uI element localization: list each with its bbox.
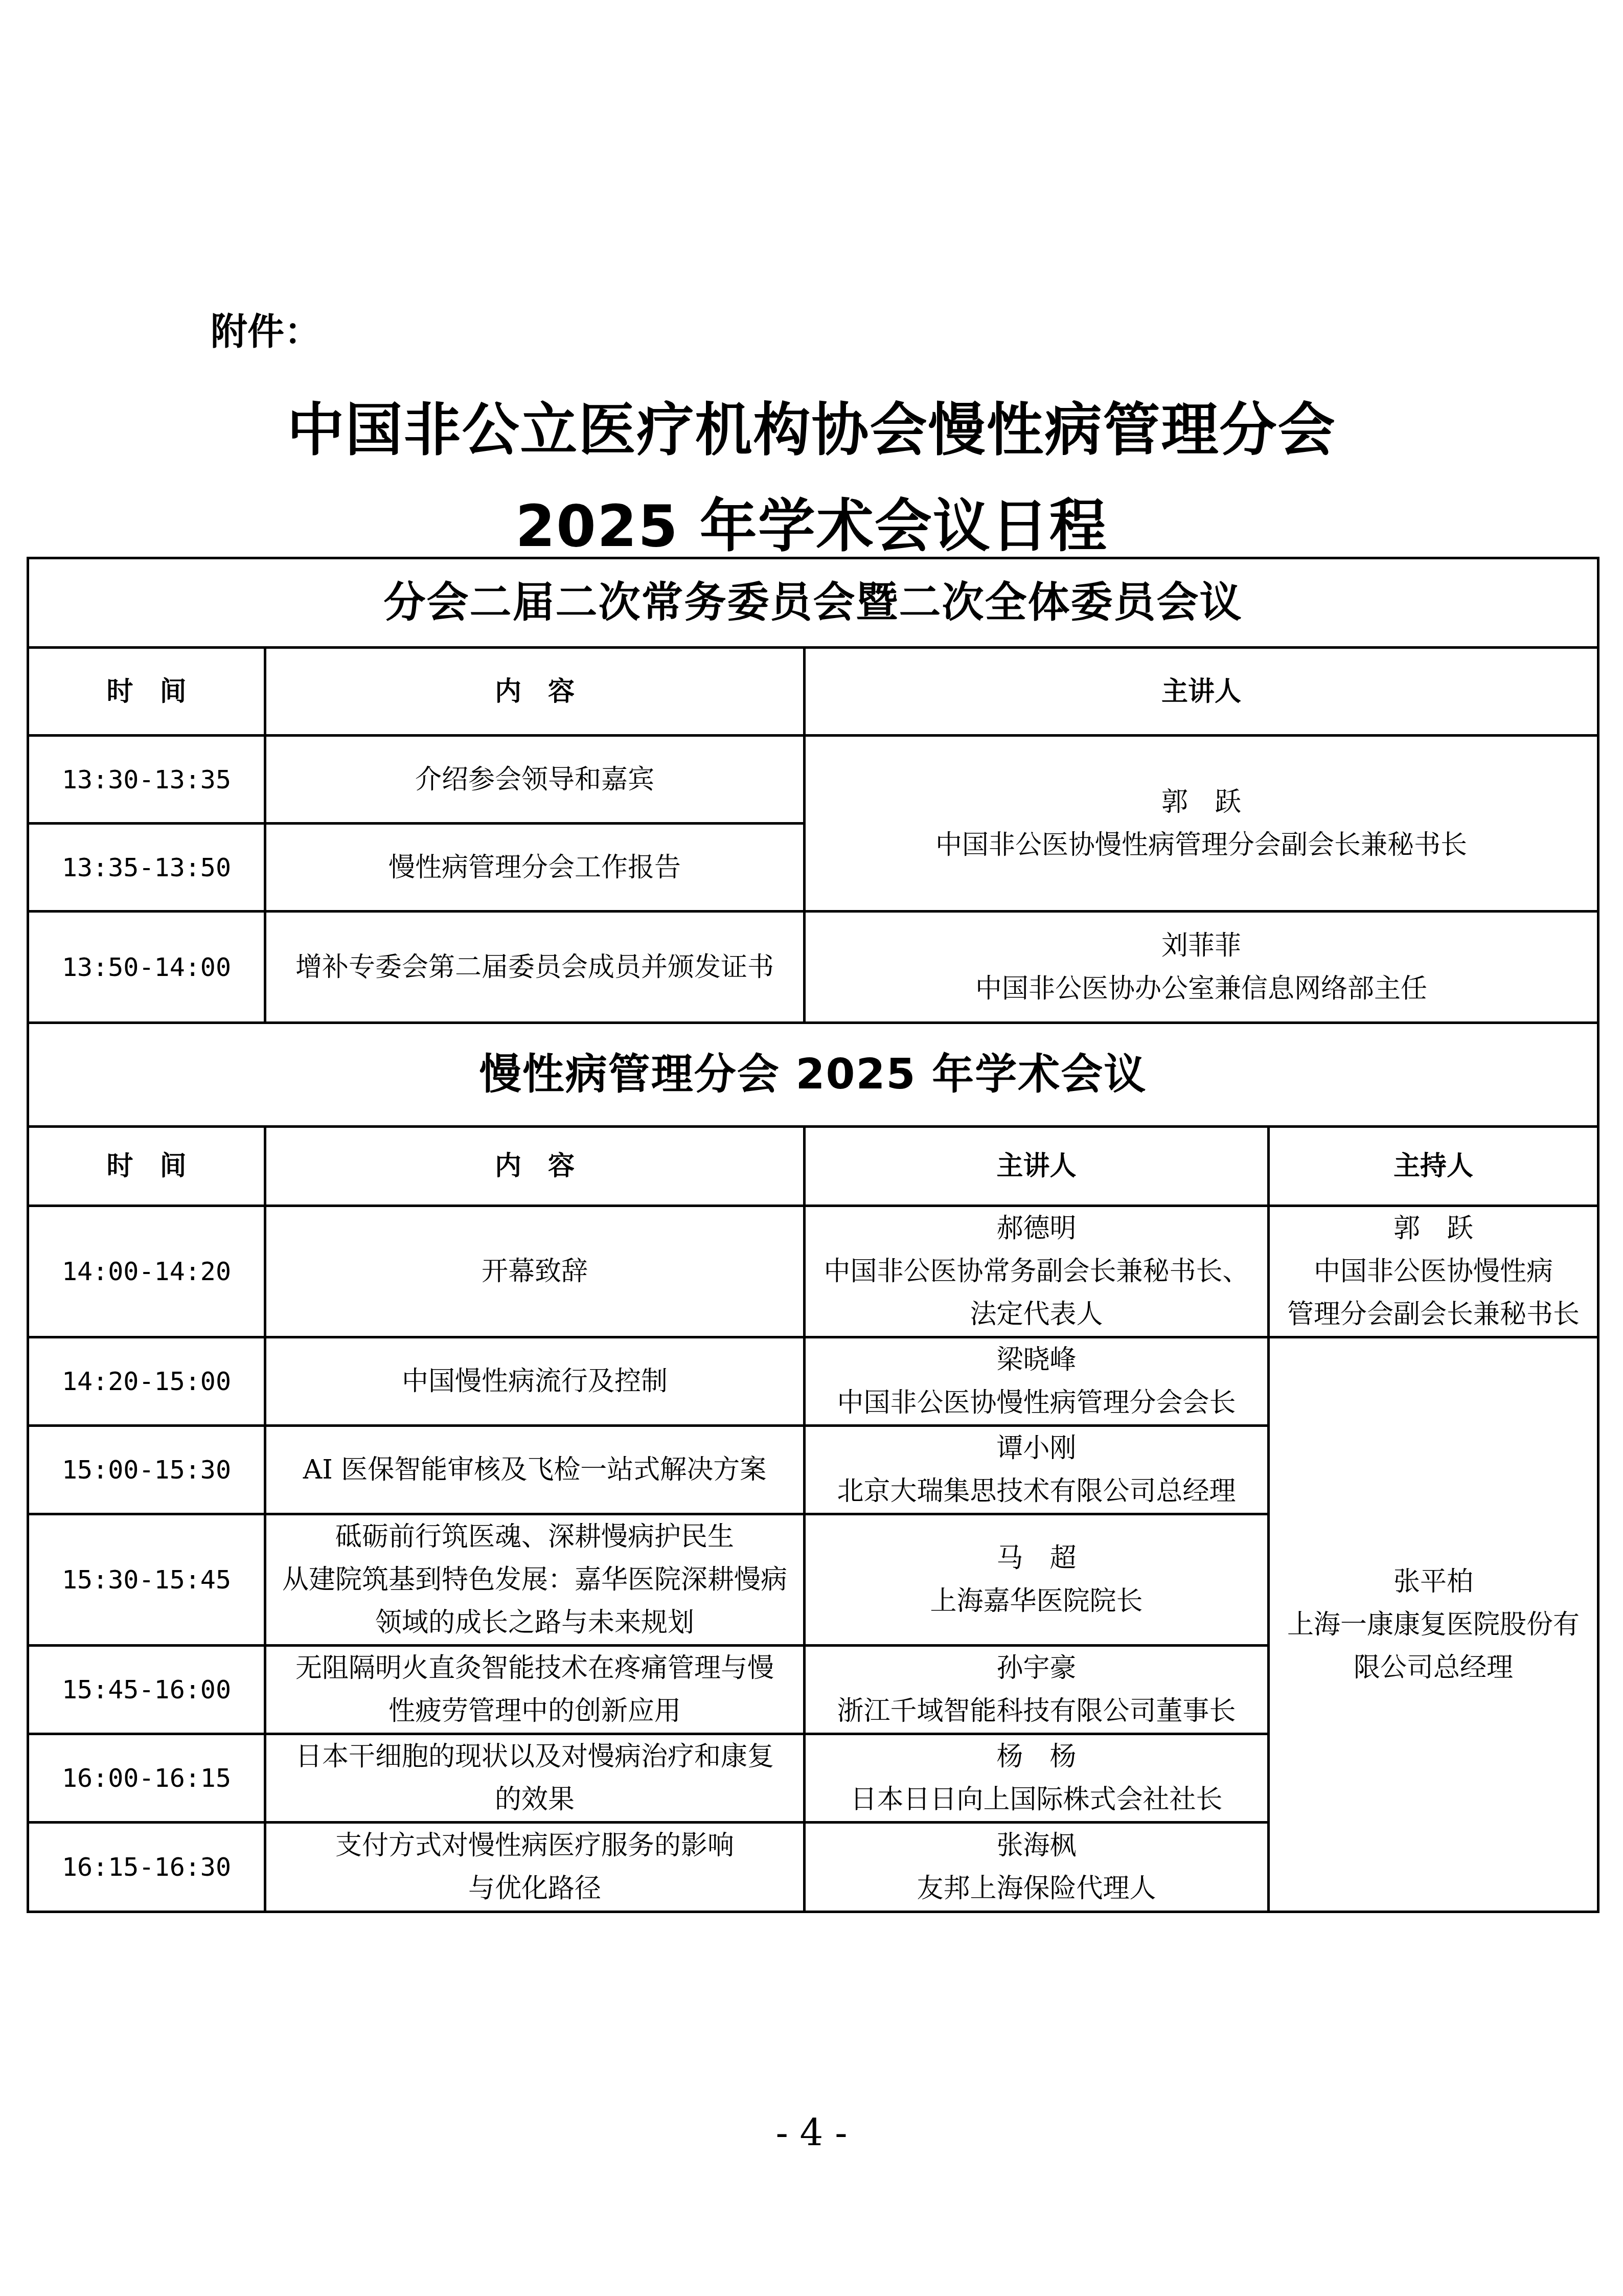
host-title: 管理分会副会长兼秘书长 xyxy=(1274,1293,1593,1336)
speaker-title: 法定代表人 xyxy=(810,1293,1263,1336)
speaker-cell: 梁晓峰 中国非公医协慢性病管理分会会长 xyxy=(805,1337,1269,1426)
speaker-name: 张海枫 xyxy=(810,1824,1263,1867)
table-row: 14:20-15:00 中国慢性病流行及控制 梁晓峰 中国非公医协慢性病管理分会… xyxy=(28,1337,1598,1426)
content-cell: 日本干细胞的现状以及对慢病治疗和康复 的效果 xyxy=(265,1734,805,1823)
time-cell: 16:15-16:30 xyxy=(28,1823,265,1912)
content-cell: 开幕致辞 xyxy=(265,1206,805,1337)
speaker-name: 梁晓峰 xyxy=(810,1338,1263,1381)
host-name: 张平柏 xyxy=(1274,1560,1593,1603)
col-header-content: 内 容 xyxy=(265,648,805,736)
content-cell: AI 医保智能审核及飞检一站式解决方案 xyxy=(265,1426,805,1514)
time-cell: 15:30-15:45 xyxy=(28,1514,265,1646)
speaker-cell: 孙宇豪 浙江千域智能科技有限公司董事长 xyxy=(805,1646,1269,1734)
speaker-cell: 谭小刚 北京大瑞集思技术有限公司总经理 xyxy=(805,1426,1269,1514)
col-header-speaker: 主讲人 xyxy=(805,1127,1269,1206)
attachment-label: 附件： xyxy=(211,302,321,355)
document-title-line2: 2025 年学术会议日程 xyxy=(0,481,1623,563)
speaker-title: 中国非公医协常务副会长兼秘书长、 xyxy=(810,1250,1263,1293)
time-cell: 13:30-13:35 xyxy=(28,736,265,824)
host-cell: 张平柏 上海一康康复医院股份有 限公司总经理 xyxy=(1269,1337,1598,1912)
speaker-name: 郭 跃 xyxy=(810,781,1593,824)
col-header-speaker: 主讲人 xyxy=(805,648,1598,736)
table-row: 13:50-14:00 增补专委会第二届委员会成员并颁发证书 刘菲菲 中国非公医… xyxy=(28,912,1598,1023)
speaker-cell: 杨 杨 日本日日向上国际株式会社社长 xyxy=(805,1734,1269,1823)
speaker-title: 中国非公医协慢性病管理分会会长 xyxy=(810,1381,1263,1424)
content-cell: 中国慢性病流行及控制 xyxy=(265,1337,805,1426)
speaker-cell: 郭 跃 中国非公医协慢性病管理分会副会长兼秘书长 xyxy=(805,736,1598,912)
speaker-title: 日本日日向上国际株式会社社长 xyxy=(810,1778,1263,1821)
time-cell: 13:50-14:00 xyxy=(28,912,265,1023)
content-cell: 介绍参会领导和嘉宾 xyxy=(265,736,805,824)
host-name: 郭 跃 xyxy=(1274,1207,1593,1250)
section1-title-row: 分会二届二次常务委员会暨二次全体委员会议 xyxy=(28,558,1598,648)
col-header-content: 内 容 xyxy=(265,1127,805,1206)
host-title: 上海一康康复医院股份有 xyxy=(1274,1603,1593,1646)
speaker-name: 郝德明 xyxy=(810,1207,1263,1250)
table-row: 14:00-14:20 开幕致辞 郝德明 中国非公医协常务副会长兼秘书长、 法定… xyxy=(28,1206,1598,1337)
section2-title-row: 慢性病管理分会 2025 年学术会议 xyxy=(28,1023,1598,1127)
content-cell: 砥砺前行筑医魂、深耕慢病护民生 从建院筑基到特色发展：嘉华医院深耕慢病 领域的成… xyxy=(265,1514,805,1646)
content-cell: 慢性病管理分会工作报告 xyxy=(265,824,805,912)
section1-title: 分会二届二次常务委员会暨二次全体委员会议 xyxy=(28,558,1598,648)
speaker-cell: 郝德明 中国非公医协常务副会长兼秘书长、 法定代表人 xyxy=(805,1206,1269,1337)
content-cell: 支付方式对慢性病医疗服务的影响 与优化路径 xyxy=(265,1823,805,1912)
speaker-name: 孙宇豪 xyxy=(810,1647,1263,1690)
section2-title: 慢性病管理分会 2025 年学术会议 xyxy=(28,1023,1598,1127)
page-number: - 4 - xyxy=(0,2111,1623,2154)
speaker-cell: 刘菲菲 中国非公医协办公室兼信息网络部主任 xyxy=(805,912,1598,1023)
speaker-title: 友邦上海保险代理人 xyxy=(810,1867,1263,1910)
content-cell: 无阻隔明火直灸智能技术在疼痛管理与慢 性疲劳管理中的创新应用 xyxy=(265,1646,805,1734)
host-cell: 郭 跃 中国非公医协慢性病 管理分会副会长兼秘书长 xyxy=(1269,1206,1598,1337)
speaker-title: 浙江千域智能科技有限公司董事长 xyxy=(810,1690,1263,1733)
host-title: 限公司总经理 xyxy=(1274,1646,1593,1689)
col-header-time: 时 间 xyxy=(28,1127,265,1206)
col-header-time: 时 间 xyxy=(28,648,265,736)
speaker-title: 中国非公医协办公室兼信息网络部主任 xyxy=(810,967,1593,1010)
time-cell: 15:00-15:30 xyxy=(28,1426,265,1514)
section1-column-header-row: 时 间 内 容 主讲人 xyxy=(28,648,1598,736)
host-title: 中国非公医协慢性病 xyxy=(1274,1250,1593,1293)
speaker-title: 北京大瑞集思技术有限公司总经理 xyxy=(810,1470,1263,1513)
speaker-title: 上海嘉华医院院长 xyxy=(810,1580,1263,1623)
content-cell: 增补专委会第二届委员会成员并颁发证书 xyxy=(265,912,805,1023)
speaker-name: 刘菲菲 xyxy=(810,924,1593,967)
time-cell: 15:45-16:00 xyxy=(28,1646,265,1734)
time-cell: 13:35-13:50 xyxy=(28,824,265,912)
speaker-name: 马 超 xyxy=(810,1537,1263,1580)
speaker-name: 杨 杨 xyxy=(810,1735,1263,1778)
speaker-cell: 马 超 上海嘉华医院院长 xyxy=(805,1514,1269,1646)
document-title-line1: 中国非公立医疗机构协会慢性病管理分会 xyxy=(0,384,1623,467)
speaker-name: 谭小刚 xyxy=(810,1427,1263,1470)
col-header-host: 主持人 xyxy=(1269,1127,1598,1206)
speaker-cell: 张海枫 友邦上海保险代理人 xyxy=(805,1823,1269,1912)
time-cell: 16:00-16:15 xyxy=(28,1734,265,1823)
schedule-table: 分会二届二次常务委员会暨二次全体委员会议 时 间 内 容 主讲人 13:30-1… xyxy=(27,557,1599,1913)
time-cell: 14:20-15:00 xyxy=(28,1337,265,1426)
table-row: 13:30-13:35 介绍参会领导和嘉宾 郭 跃 中国非公医协慢性病管理分会副… xyxy=(28,736,1598,824)
section2-column-header-row: 时 间 内 容 主讲人 主持人 xyxy=(28,1127,1598,1206)
speaker-title: 中国非公医协慢性病管理分会副会长兼秘书长 xyxy=(810,824,1593,867)
time-cell: 14:00-14:20 xyxy=(28,1206,265,1337)
